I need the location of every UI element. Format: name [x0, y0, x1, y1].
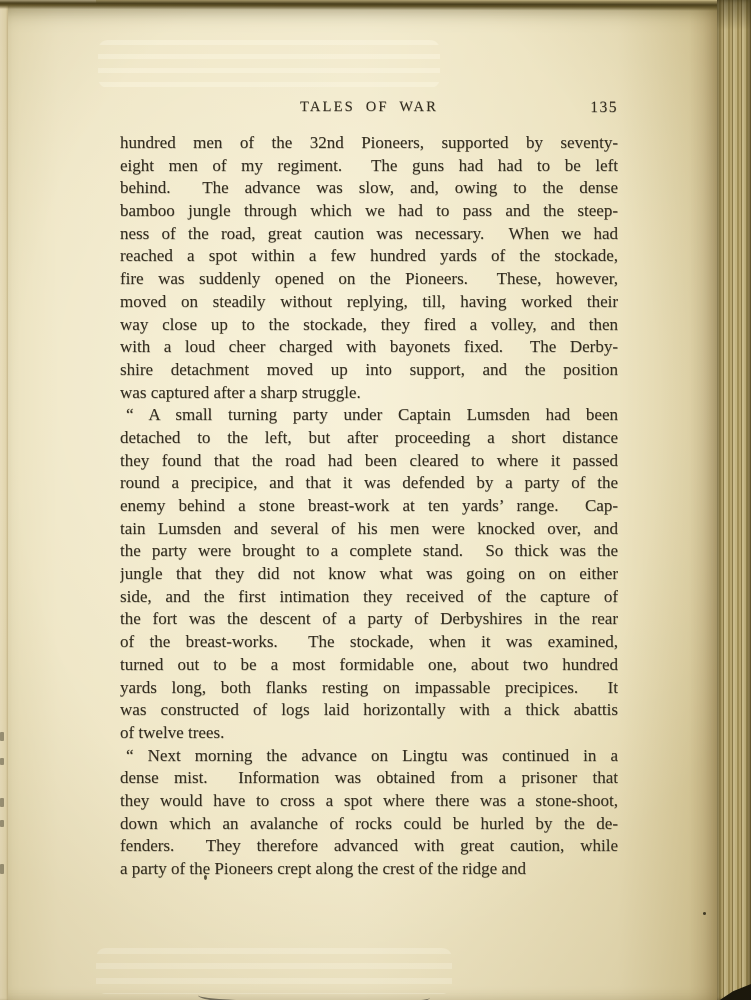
paragraph: “ Next morning the advance on Lingtu was… — [120, 745, 618, 881]
ink-bleed-mark — [0, 732, 4, 741]
text-line: enemy behind a stone breast-work at ten … — [120, 495, 618, 518]
text-line: with a loud cheer charged with bayonets … — [120, 336, 618, 359]
book-scan-photo: TALES OF WAR 135 hundred men of the 32nd… — [0, 0, 751, 1000]
text-line: they would have to cross a spot where th… — [120, 790, 618, 813]
text-line: fenders. They therefore advanced with gr… — [120, 835, 618, 858]
text-line: fire was suddenly opened on the Pioneers… — [120, 268, 618, 291]
text-line: the fort was the descent of a party of D… — [120, 608, 618, 631]
ink-bleed-mark — [0, 864, 4, 874]
ink-bleed-mark — [0, 758, 4, 765]
text-line: down which an avalanche of rocks could b… — [120, 813, 618, 836]
text-line: yards long, both flanks resting on impas… — [120, 677, 618, 700]
text-line: eight men of my regiment. The guns had h… — [120, 155, 618, 178]
ink-speck — [204, 875, 207, 880]
text-line: of the breast-works. The stockade, when … — [120, 631, 618, 654]
text-line: behind. The advance was slow, and, owing… — [120, 177, 618, 200]
book-fore-edge — [717, 0, 751, 1000]
text-line: was constructed of logs laid horizontall… — [120, 699, 618, 722]
text-line: bamboo jungle through which we had to pa… — [120, 200, 618, 223]
page-number: 135 — [590, 99, 618, 117]
text-block: hundred men of the 32nd Pioneers, suppor… — [120, 132, 618, 881]
book-page: TALES OF WAR 135 hundred men of the 32nd… — [8, 6, 717, 1000]
text-line: dense mist. Information was obtained fro… — [120, 767, 618, 790]
text-line: reached a spot within a few hundred yard… — [120, 245, 618, 268]
text-line: of twelve trees. — [120, 722, 618, 745]
ink-bleed-mark — [0, 820, 4, 827]
text-line: turned out to be a most formidable one, … — [120, 654, 618, 677]
scan-streaks-top — [98, 40, 440, 88]
text-line: was captured after a sharp struggle. — [120, 382, 618, 405]
scan-streaks-bottom — [96, 948, 452, 994]
page-title: TALES OF WAR — [120, 99, 618, 116]
text-line: detached to the left, but after proceedi… — [120, 427, 618, 450]
text-line: shire detachment moved up into support, … — [120, 359, 618, 382]
ink-bleed-mark — [0, 798, 4, 807]
text-line: round a precipice, and that it was defen… — [120, 472, 618, 495]
text-line: ness of the road, great caution was nece… — [120, 223, 618, 246]
text-line: they found that the road had been cleare… — [120, 450, 618, 473]
text-line: jungle that they did not know what was g… — [120, 563, 618, 586]
text-line: “ Next morning the advance on Lingtu was… — [120, 745, 618, 768]
page-bottom-edge-line — [198, 988, 430, 1000]
text-line: side, and the first intimation they rece… — [120, 586, 618, 609]
text-line: hundred men of the 32nd Pioneers, suppor… — [120, 132, 618, 155]
text-line: the party were brought to a complete sta… — [120, 540, 618, 563]
text-line: tain Lumsden and several of his men were… — [120, 518, 618, 541]
ink-speck — [703, 912, 706, 915]
text-line: “ A small turning party under Captain Lu… — [120, 404, 618, 427]
text-line: way close up to the stockade, they fired… — [120, 314, 618, 337]
text-line: moved on steadily without replying, till… — [120, 291, 618, 314]
paragraph: “ A small turning party under Captain Lu… — [120, 404, 618, 744]
paragraph: hundred men of the 32nd Pioneers, suppor… — [120, 132, 618, 404]
text-line: a party of the Pioneers crept along the … — [120, 858, 618, 881]
page-header: TALES OF WAR 135 — [120, 99, 618, 119]
